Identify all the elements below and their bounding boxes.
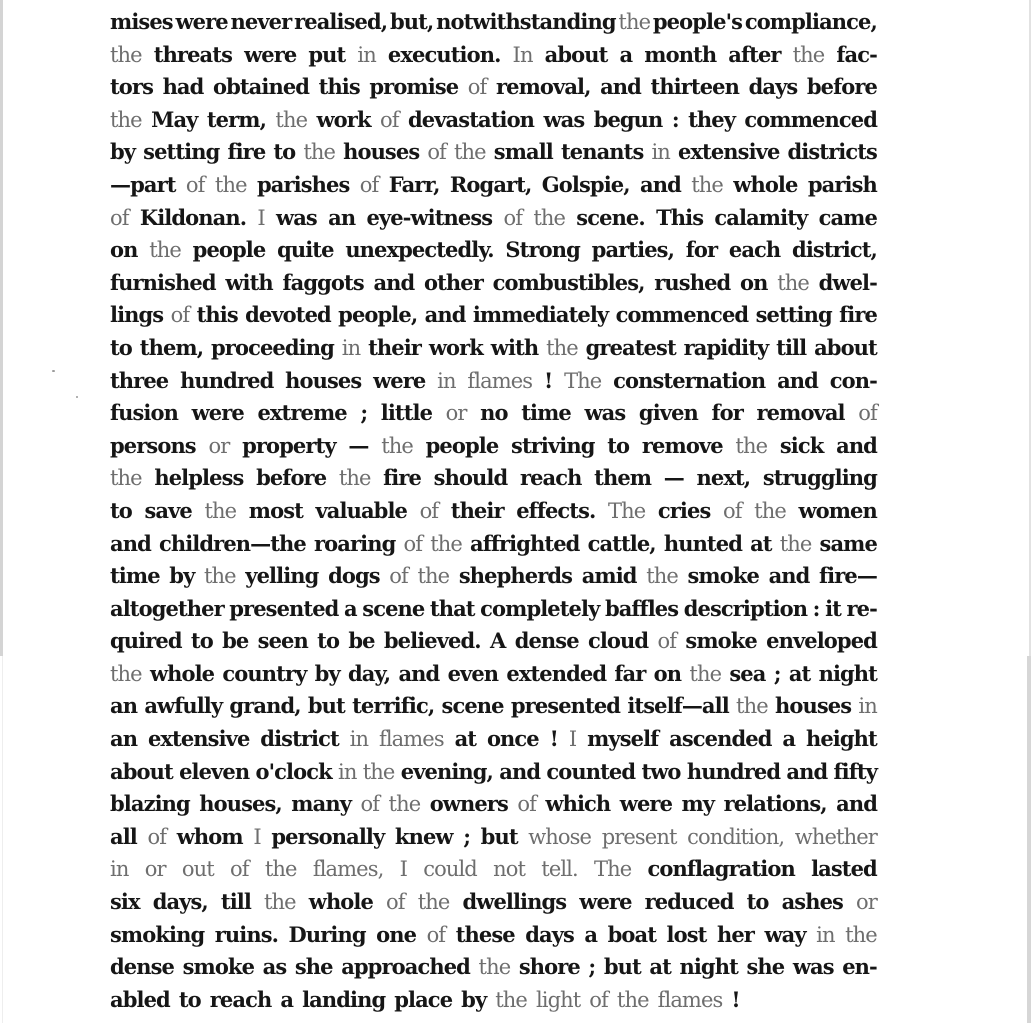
word: on [110,234,137,267]
word: never [231,6,292,39]
word: ; [463,821,470,854]
word: height [806,723,877,756]
word: on [654,658,681,691]
word: Kildonan. [140,202,246,235]
word: the [418,886,450,919]
word: affrighted [470,528,579,561]
word: the [845,919,877,952]
word: a [344,593,357,626]
word: two [641,756,680,789]
word: parishes [257,169,349,202]
word: blazing [110,788,190,821]
word: was [543,104,584,137]
word: the [110,658,142,691]
text-line: blazinghouses,manyoftheownersofwhichwere… [110,788,877,821]
word: Rogart, [450,169,532,202]
word: to [179,984,201,1017]
word: enveloped [766,625,877,658]
text-line: personsorproperty—thepeoplestrivingtorem… [110,430,877,463]
word: thirteen [651,71,740,104]
word: scene [362,593,424,626]
word: whole [309,886,373,919]
word: their [451,495,504,528]
word: but [604,951,641,984]
word: personally [271,821,384,854]
word: ashes [782,886,843,919]
word: landing [302,984,385,1017]
text-line: bysettingfiretothehousesofthesmalltenant… [110,136,877,169]
word: of [110,202,129,235]
word: be [348,625,374,658]
text-line: inoroutoftheflames,Icouldnottell.Theconf… [110,853,877,886]
word: people [426,430,499,463]
word: remove [642,430,723,463]
word: the [793,39,825,72]
word: the [110,462,142,495]
word: were [192,397,244,430]
word: dwellings [462,886,566,919]
word: execution. [388,39,501,72]
word: and [110,528,151,561]
word: was [276,202,317,235]
word: —part [110,169,176,202]
word: the [204,560,236,593]
word: work [317,104,371,137]
word: immediately [473,299,608,332]
word: at [455,723,477,756]
word: people, [338,299,417,332]
word: by [110,136,135,169]
word: three [110,365,168,398]
word: of [171,299,190,332]
word: were [620,788,672,821]
text-line: —partoftheparishesofFarr,Rogart,Golspie,… [110,169,877,202]
word: light [536,984,580,1017]
text-line: allofwhomIpersonallyknew;butwhosepresent… [110,821,877,854]
word: calamity [714,202,807,235]
word: whether [795,821,877,854]
word: I [400,853,407,886]
word: should [434,462,508,495]
word: in [437,365,455,398]
word: them, [140,332,203,365]
word: ! [550,723,558,756]
word: the [691,169,723,202]
word: and [373,267,414,300]
word: lings [110,299,163,332]
word: district, [792,234,877,267]
word: the [780,528,812,561]
word: about [545,39,608,72]
text-line: ofKildonan.Iwasaneye-witnessofthescene.T… [110,202,877,235]
word: days [749,71,798,104]
word: an [110,690,137,723]
word: May [151,104,197,137]
word: believed. [384,625,481,658]
word: far [614,658,645,691]
word: most [249,495,303,528]
word: con- [830,365,877,398]
text-line: thehelplessbeforethefireshouldreachthem—… [110,462,877,495]
word: the [275,104,307,137]
word: evening, [401,756,493,789]
word: a [782,723,795,756]
word: her [717,919,754,952]
word: promise [369,71,458,104]
word: for [712,397,743,430]
word: districts [788,136,877,169]
word: knew [395,821,453,854]
word: threats [154,39,232,72]
word: tenants [561,136,643,169]
word: the [265,853,297,886]
word: the [215,169,247,202]
word: flames [467,365,532,398]
word: in [357,39,375,72]
word: the [389,788,421,821]
word: the [149,234,181,267]
text-line: fusionwereextreme;littleornotimewasgiven… [110,397,877,430]
word: on [740,267,767,300]
word: I [257,202,264,235]
word: country [222,658,306,691]
word: small [494,136,553,169]
word: no [480,397,507,430]
word: presented [229,593,338,626]
word: by [461,984,486,1017]
word: out [182,853,214,886]
word: and [769,560,810,593]
word: the [736,690,768,723]
word: present [602,821,677,854]
word: reduced [645,886,734,919]
word: ascended [669,723,771,756]
word: removal, [496,71,591,104]
word: night [819,658,877,691]
word: and [499,756,540,789]
word: tell. [541,853,577,886]
word: which [545,788,610,821]
word: it [825,593,841,626]
word: ; [774,658,781,691]
word: an [110,723,137,756]
word: month [644,39,716,72]
word: till [221,886,251,919]
word: description [684,593,807,626]
word: the [479,951,511,984]
word: and [600,71,641,104]
word: furnished [110,267,216,300]
word: devoted [245,299,331,332]
word: notwithstanding [436,6,616,39]
word: or [856,886,877,919]
word: The [594,853,631,886]
word: or [208,430,229,463]
word: were [176,6,228,39]
word: about [814,332,877,365]
word: or [145,853,166,886]
word: conflagration [648,853,795,886]
word: of [186,169,205,202]
word: ruins. [215,919,278,952]
word: that [430,593,475,626]
word: the [381,430,413,463]
word: owners [430,788,508,821]
word: of [468,71,487,104]
text-line: theMayterm,theworkofdevastationwasbegun:… [110,104,877,137]
word: put [308,39,345,72]
word: : [672,104,679,137]
word: helpless [154,462,243,495]
word: as [263,951,287,984]
word: Strong [505,234,580,267]
text-line: onthepeoplequiteunexpectedly.Strongparti… [110,234,877,267]
word: of [420,495,439,528]
word: obtained [213,71,309,104]
word: given [639,397,698,430]
text-line: thethreatswereputinexecution.Inaboutamon… [110,39,877,72]
word: in [342,332,360,365]
word: awfully [144,690,222,723]
word: by [169,560,194,593]
word: abled [110,984,170,1017]
text-line: miseswereneverrealised,but,notwithstandi… [110,6,877,39]
text-line: furnishedwithfaggotsandothercombustibles… [110,267,877,300]
word: time [110,560,160,593]
word: little [381,397,432,430]
word: In [513,39,533,72]
word: property [242,430,336,463]
word: of [386,886,405,919]
word: of [389,560,408,593]
word: The [564,365,601,398]
word: the [430,528,462,561]
word: to [110,332,132,365]
word: an [328,202,355,235]
word: next, [697,462,751,495]
word: once [487,723,539,756]
word: flames [379,723,444,756]
word: During [289,919,366,952]
word: cloud [588,625,648,658]
word: cattle, [588,528,656,561]
word: and [640,169,681,202]
word: their [368,332,421,365]
word: : [813,593,820,626]
word: in [651,136,669,169]
word: eleven [179,756,249,789]
word: quired [110,625,182,658]
word: roaring [314,528,395,561]
word: hunted [664,528,742,561]
word: days [525,919,574,952]
word: was [793,951,834,984]
word: six [110,886,140,919]
word: counted [546,756,635,789]
word: the [418,560,450,593]
word: approached [341,951,470,984]
word: greatest [586,332,676,365]
word: the [754,495,786,528]
text-line: lingsofthisdevotedpeople,andimmediatelyc… [110,299,877,332]
word: to [747,886,769,919]
word: smoking [110,919,204,952]
word: could [423,853,477,886]
word: days, [153,886,208,919]
word: baffles [605,593,678,626]
word: myself [587,723,658,756]
word: houses, [199,788,282,821]
word: but [481,821,518,854]
word: the [303,136,335,169]
word: ; [360,397,367,430]
word: district [260,723,339,756]
word: hundred [180,365,273,398]
word: This [656,202,703,235]
word: hundred [687,756,780,789]
word: terrific, [352,690,434,723]
word: proceeding [211,332,334,365]
word: struggling [763,462,877,495]
word: the [646,560,678,593]
word: women [798,495,876,528]
word: at [750,528,772,561]
word: with [225,267,272,300]
word: at [789,658,811,691]
word: houses [343,136,419,169]
word: place [394,984,452,1017]
word: before [256,462,326,495]
word: The [608,495,645,528]
word: devastation [408,104,534,137]
word: the [363,756,395,789]
word: rapidity [684,332,769,365]
word: in [816,919,834,952]
word: she [295,951,333,984]
text-line: anawfullygrand,butterrific,scenepresente… [110,690,877,723]
page-body-text: miseswereneverrealised,but,notwithstandi… [110,6,877,1016]
word: in [110,853,128,886]
word: shore [519,951,580,984]
word: time [521,397,571,430]
word: combustibles, [493,267,645,300]
word: in [858,690,876,723]
text-line: quiredtobeseentobebelieved.Adensecloudof… [110,625,877,658]
word: smoke [688,560,759,593]
word: fire [839,299,877,332]
word: condition, [687,821,784,854]
word: the [533,202,565,235]
word: fac- [836,39,877,72]
word: by [315,658,340,691]
word: to [607,430,629,463]
word: rushed [654,267,730,300]
word: whose [528,821,591,854]
word: the [110,39,142,72]
word: be [222,625,248,658]
word: dwel- [819,267,877,300]
word: day, [348,658,390,691]
word: sick [780,430,824,463]
text-line: altogetherpresentedascenethatcompletelyb… [110,593,877,626]
word: smoke [685,625,756,658]
word: for [686,234,717,267]
word: of [723,495,742,528]
word: scene. [576,202,645,235]
word: commenced [616,299,749,332]
word: but, [390,6,433,39]
word: of [858,397,877,430]
word: A [490,625,505,658]
word: my [681,788,714,821]
scan-border-left [0,0,3,656]
word: of [589,984,608,1017]
word: the [777,267,809,300]
word: one [376,919,416,952]
text-line: smokingruins.Duringoneofthesedaysaboatlo… [110,919,877,952]
word: and [398,658,439,691]
word: houses [285,365,361,398]
word: of [427,919,446,952]
word: and [836,788,877,821]
text-line: abouteleveno'clockintheevening,andcounte… [110,756,877,789]
word: Farr, [389,169,440,202]
word: the [495,984,527,1017]
word: of [503,202,522,235]
word: the [204,495,236,528]
word: o'clock [255,756,331,789]
word: Golspie, [542,169,630,202]
word: with [491,332,538,365]
word: and [836,430,877,463]
word: a [584,919,597,952]
word: and [786,756,827,789]
word: valuable [316,495,407,528]
word: other [424,267,483,300]
text-line: torshadobtainedthispromiseofremoval,andt… [110,71,877,104]
word: itself—all [627,690,728,723]
word: a [619,39,632,72]
text-line: andchildren—theroaringoftheaffrightedcat… [110,528,877,561]
word: commenced [744,104,877,137]
scan-border-right [1027,656,1031,1023]
scan-speck [76,396,78,398]
word: they [688,104,735,137]
word: she [746,951,784,984]
text-line: thewholecountrybyday,andevenextendedfaro… [110,658,877,691]
word: them [594,462,651,495]
word: after [728,39,780,72]
word: re- [846,593,876,626]
word: boat [608,919,656,952]
word: in [338,756,356,789]
word: was [585,397,626,430]
word: same [820,528,877,561]
word: flames [658,984,723,1017]
word: effects. [516,495,595,528]
word: to [110,495,132,528]
word: work [429,332,483,365]
text-line: threehundredhouseswereinflames!Theconste… [110,365,877,398]
word: begun [594,104,663,137]
word: ! [544,365,552,398]
word: whole [733,169,797,202]
word: consternation [613,365,765,398]
word: the [339,462,371,495]
word: eye-witness [366,202,492,235]
word: at [649,951,671,984]
word: this [197,299,238,332]
